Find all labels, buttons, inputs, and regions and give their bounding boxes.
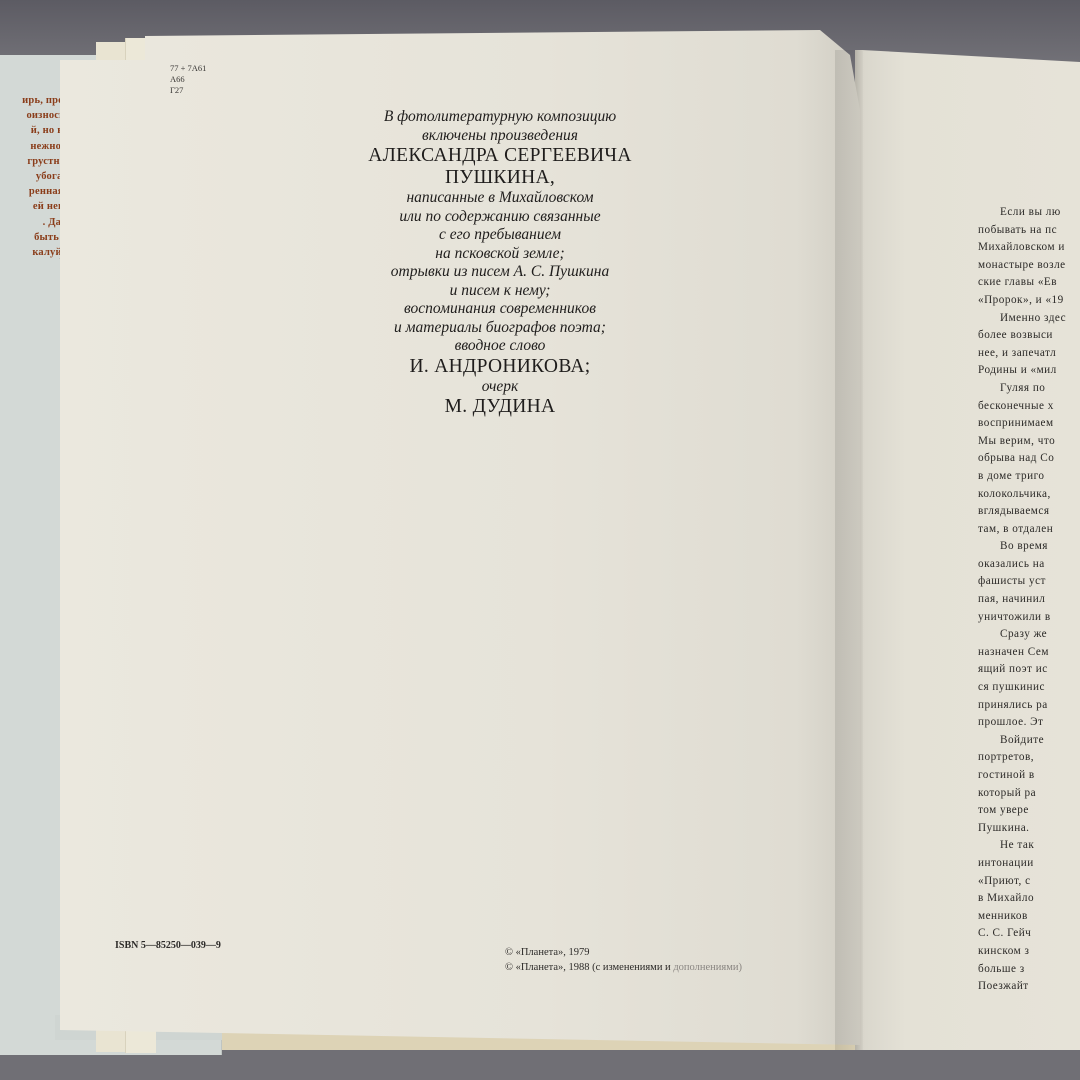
copyright-1979: © «Планета», 1979	[505, 945, 742, 960]
right-page-line: колокольчика,	[978, 486, 1080, 504]
right-page-line: нее, и запечатл	[978, 345, 1080, 363]
right-page-line: менников	[978, 908, 1080, 926]
contents-line: написанные в Михайловском	[330, 189, 670, 208]
right-page-line: оказались на	[978, 556, 1080, 574]
isbn: ISBN 5—85250—039—9	[115, 940, 221, 951]
right-page-line: в Михайло	[978, 890, 1080, 908]
right-page-line: пая, начинил	[978, 591, 1080, 609]
right-page-line: назначен Сем	[978, 644, 1080, 662]
title-block: В фотолитературную композицию включены п…	[330, 108, 670, 418]
right-page-line: более возвыси	[978, 327, 1080, 345]
right-page-line: обрыва над Со	[978, 450, 1080, 468]
right-page-line: который ра	[978, 785, 1080, 803]
right-page-line: побывать на пс	[978, 222, 1080, 240]
contents-line: и материалы биографов поэта;	[330, 319, 670, 338]
right-page-line: интонации	[978, 855, 1080, 873]
right-page-line: С. С. Гейч	[978, 925, 1080, 943]
foreword-author: И. АНДРОНИКОВА;	[330, 356, 670, 378]
page-shadow	[835, 50, 865, 1050]
right-page-line: вглядываемся	[978, 503, 1080, 521]
copyright-1988-faded: дополнениями)	[673, 962, 742, 973]
right-page-line: Если вы лю	[978, 204, 1080, 222]
right-page-line: Поезжайт	[978, 978, 1080, 996]
right-page-line: портретов,	[978, 749, 1080, 767]
right-page-line: гостиной в	[978, 767, 1080, 785]
contents-line: на псковской земле;	[330, 245, 670, 264]
copyright-1988: © «Планета», 1988 (с изменениями и допол…	[505, 960, 742, 975]
right-page-line: принялись ра	[978, 697, 1080, 715]
right-page-line: уничтожили в	[978, 609, 1080, 627]
right-page-text: Если вы люпобывать на псМихайловском имо…	[978, 204, 1080, 996]
right-page-line: Войдите	[978, 732, 1080, 750]
copyright-1988-main: © «Планета», 1988 (с изменениями и	[505, 962, 673, 973]
right-page-line: «Приют, с	[978, 873, 1080, 891]
author-name: АЛЕКСАНДРА СЕРГЕЕВИЧА	[330, 145, 670, 167]
intro-line: включены произведения	[330, 127, 670, 146]
right-page-line: монастыре возле	[978, 257, 1080, 275]
right-page-line: Пушкина.	[978, 820, 1080, 838]
essay-author: М. ДУДИНА	[330, 396, 670, 418]
right-page-line: фашисты уст	[978, 573, 1080, 591]
right-page-line: воспринимаем	[978, 415, 1080, 433]
right-page-line: ящий поэт ис	[978, 661, 1080, 679]
contents-line: и писем к нему;	[330, 282, 670, 301]
author-mark: Г27	[170, 85, 206, 96]
right-page-line: «Пророк», и «19	[978, 292, 1080, 310]
right-page-line: Михайловском и	[978, 239, 1080, 257]
right-page-line: бесконечные х	[978, 398, 1080, 416]
contents-line: с его пребыванием	[330, 226, 670, 245]
copyright-block: © «Планета», 1979 © «Планета», 1988 (с и…	[505, 945, 742, 975]
contents-line: отрывки из писем А. С. Пушкина	[330, 263, 670, 282]
right-page-line: кинском з	[978, 943, 1080, 961]
contents-line: очерк	[330, 378, 670, 397]
right-page-line: том увере	[978, 802, 1080, 820]
right-page-line: прошлое. Эт	[978, 714, 1080, 732]
right-page-line: Гуляя по	[978, 380, 1080, 398]
right-page-line: Во время	[978, 538, 1080, 556]
right-page-line: там, в отдален	[978, 521, 1080, 539]
right-page-line: ские главы «Ев	[978, 274, 1080, 292]
right-page-line: ся пушкинис	[978, 679, 1080, 697]
right-page-line: в доме триго	[978, 468, 1080, 486]
right-page-line: Сразу же	[978, 626, 1080, 644]
author-surname: ПУШКИНА,	[330, 167, 670, 189]
contents-line: или по содержанию связанные	[330, 208, 670, 227]
right-page-line: больше з	[978, 961, 1080, 979]
contents-line: вводное слово	[330, 337, 670, 356]
right-page-line: Родины и «мил	[978, 362, 1080, 380]
udk-code: А66	[170, 74, 206, 85]
contents-line: воспоминания современников	[330, 300, 670, 319]
classification-code: 77 + 7А61 А66 Г27	[170, 63, 206, 96]
right-page-line: Мы верим, что	[978, 433, 1080, 451]
right-page-line: Не так	[978, 837, 1080, 855]
intro-line: В фотолитературную композицию	[330, 108, 670, 127]
bbk-code: 77 + 7А61	[170, 63, 206, 74]
right-page-line: Именно здес	[978, 310, 1080, 328]
